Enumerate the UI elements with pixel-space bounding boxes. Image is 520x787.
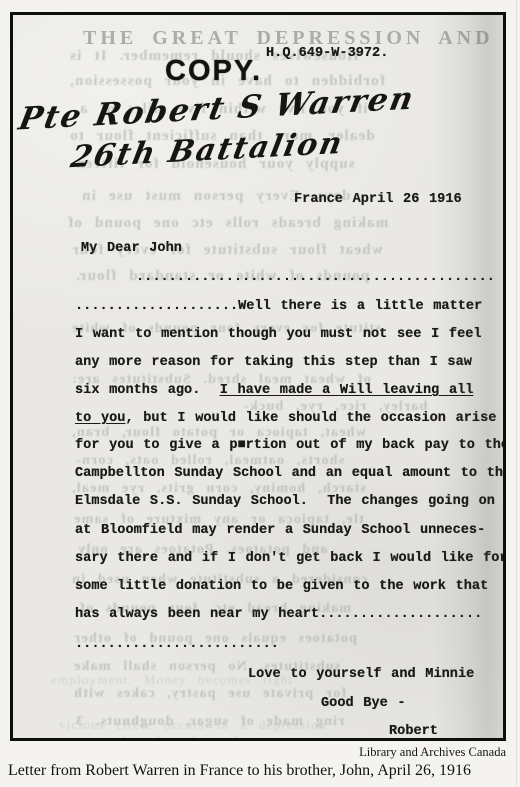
typed-text: Love to yourself and Minnie xyxy=(248,667,474,682)
typed-line: six months ago. I have made a Will leavi… xyxy=(75,383,473,399)
typed-line: Campbellton Sunday School and an equal a… xyxy=(75,466,506,482)
typed-text: at Bloomfield may render a Sunday School… xyxy=(75,523,485,538)
typed-line: for you to give a p■rtion out of my back… xyxy=(75,438,506,454)
photo-frame: THE GREAT DEPRESSION AND Housewives shou… xyxy=(10,12,506,741)
credit-line: Library and Archives Canada xyxy=(359,745,506,760)
typed-line: Robert xyxy=(389,724,438,740)
page-edge-line xyxy=(516,0,517,787)
typed-line: sary there and if I don't get back I wou… xyxy=(75,551,506,567)
copy-heading: COPY. xyxy=(165,55,262,88)
reference-number: H.Q.649-W-3972. xyxy=(266,46,388,61)
underlined-text: to you xyxy=(75,411,125,426)
typed-text: Elmsdale S.S. Sunday School. The changes… xyxy=(75,494,495,509)
typed-text: some little donation to be given to the … xyxy=(75,579,488,594)
typed-text: , but I would like should the occasion a… xyxy=(125,411,496,426)
typed-line: has always been near my heart...........… xyxy=(75,607,482,623)
typed-text: My Dear John xyxy=(81,241,182,256)
typed-text: six months ago. xyxy=(75,383,220,398)
typed-text: ....................Well there is a litt… xyxy=(75,299,482,314)
bleedthrough-line: store buy less from the ma xyxy=(83,733,276,741)
dateline: France April 26 1916 xyxy=(294,192,462,207)
typed-line: Love to yourself and Minnie xyxy=(248,667,474,683)
typed-line: any more reason for taking this step tha… xyxy=(75,355,472,371)
underlined-text: I have made a Will leaving all xyxy=(220,383,474,398)
typed-line: at Bloomfield may render a Sunday School… xyxy=(75,523,485,539)
bleedthrough-line: for private use pastry, cakes with xyxy=(73,686,346,702)
typed-text: Campbellton Sunday School and an equal a… xyxy=(75,466,506,481)
typed-text: has always been near my heart...........… xyxy=(75,607,482,622)
typed-line: I want to mention though you must not se… xyxy=(75,327,482,343)
bleedthrough-line: vicious circle occurs in a depression xyxy=(59,717,326,733)
scanned-page: THE GREAT DEPRESSION AND Housewives shou… xyxy=(0,0,520,787)
typed-text: Good Bye - xyxy=(321,696,406,711)
bleedthrough-line: making breads rolls etc one pound of xyxy=(67,215,388,232)
typed-text: ......................... xyxy=(75,637,279,652)
typed-text: for you to give a p■rtion out of my back… xyxy=(75,438,506,453)
typed-line: ........................................… xyxy=(136,270,495,286)
typed-line: some little donation to be given to the … xyxy=(75,579,488,595)
typed-text: I want to mention though you must not se… xyxy=(75,327,482,342)
typed-text: Robert xyxy=(389,724,438,739)
typed-line: ....................Well there is a litt… xyxy=(75,299,482,315)
typed-line: Good Bye - xyxy=(321,696,406,712)
typed-line: ......................... xyxy=(75,637,279,653)
typed-line: Elmsdale S.S. Sunday School. The changes… xyxy=(75,494,495,510)
caption-text: Letter from Robert Warren in France to h… xyxy=(8,762,514,780)
typed-text: any more reason for taking this step tha… xyxy=(75,355,472,370)
typed-text: ........................................… xyxy=(136,270,495,285)
typed-line: to you, but I would like should the occa… xyxy=(75,411,496,427)
typed-line: My Dear John xyxy=(81,241,182,257)
typed-text: sary there and if I don't get back I wou… xyxy=(75,551,506,566)
